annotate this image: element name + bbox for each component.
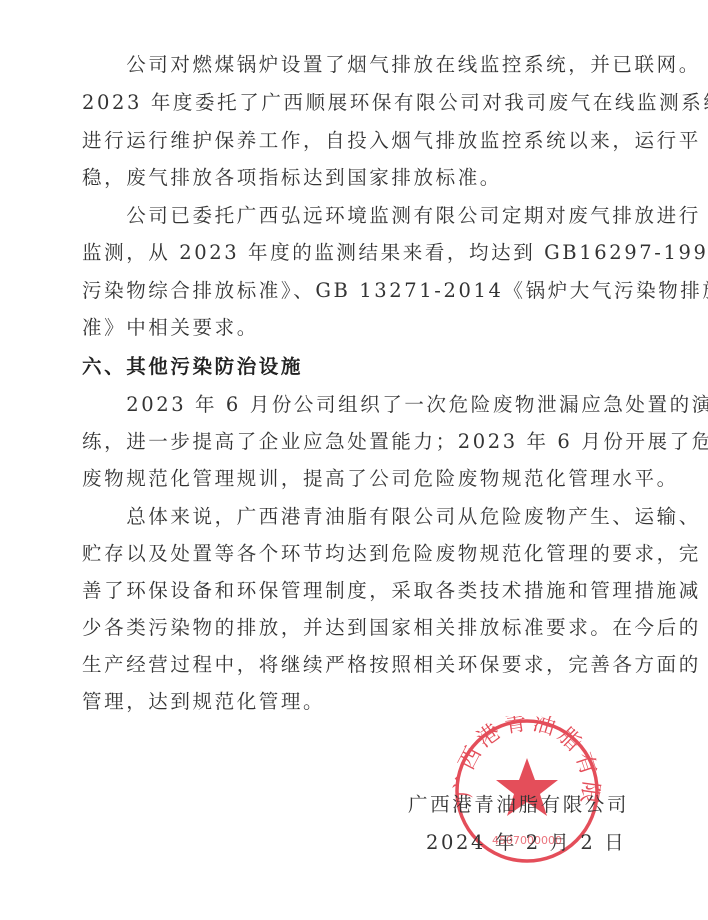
paragraph-line: 准》中相关要求。 [82,316,259,340]
paragraph-line: 少各类污染物的排放，并达到国家相关排放标准要求。在今后的 [82,616,701,640]
paragraph-line: 贮存以及处置等各个环节均达到危险废物规范化管理的要求，完 [82,542,701,566]
paragraph-line: 练，进一步提高了企业应急处置能力；2023 年 6 月份开展了危险 [82,430,708,454]
paragraph-line: 进行运行维护保养工作，自投入烟气排放监控系统以来，运行平 [82,129,701,153]
paragraph-line: 公司已委托广西弘远环境监测有限公司定期对废气排放进行 [82,204,701,228]
section-heading: 六、其他污染防治设施 [82,355,303,379]
signature-company: 广西港青油脂有限公司 [408,793,629,817]
paragraph-line: 监测，从 2023 年度的监测结果来看，均达到 GB16297-1996《大气 [82,241,708,265]
paragraph-line: 2023 年度委托了广西顺展环保有限公司对我司废气在线监测系统 [82,91,708,115]
paragraph-line: 废物规范化管理规训，提高了公司危险废物规范化管理水平。 [82,467,679,491]
paragraph-line: 善了环保设备和环保管理制度，采取各类技术措施和管理措施减 [82,579,701,603]
paragraph-line: 管理，达到规范化管理。 [82,690,325,714]
paragraph-line: 公司对燃煤锅炉设置了烟气排放在线监控系统，并已联网。 [82,53,701,77]
signature-date: 2024 年 2 月 2 日 [426,831,626,855]
paragraph-line: 污染物综合排放标准》、GB 13271-2014《锅炉大气污染物排放标 [82,279,708,303]
paragraph-line: 稳，废气排放各项指标达到国家排放标准。 [82,166,502,190]
paragraph-line: 2023 年 6 月份公司组织了一次危险废物泄漏应急处置的演 [82,393,708,417]
document-page: 公司对燃煤锅炉设置了烟气排放在线监控系统，并已联网。 2023 年度委托了广西顺… [0,0,708,920]
paragraph-line: 生产经营过程中，将继续严格按照相关环保要求，完善各方面的 [82,653,701,677]
paragraph-line: 总体来说，广西港青油脂有限公司从危险废物产生、运输、 [82,505,701,529]
